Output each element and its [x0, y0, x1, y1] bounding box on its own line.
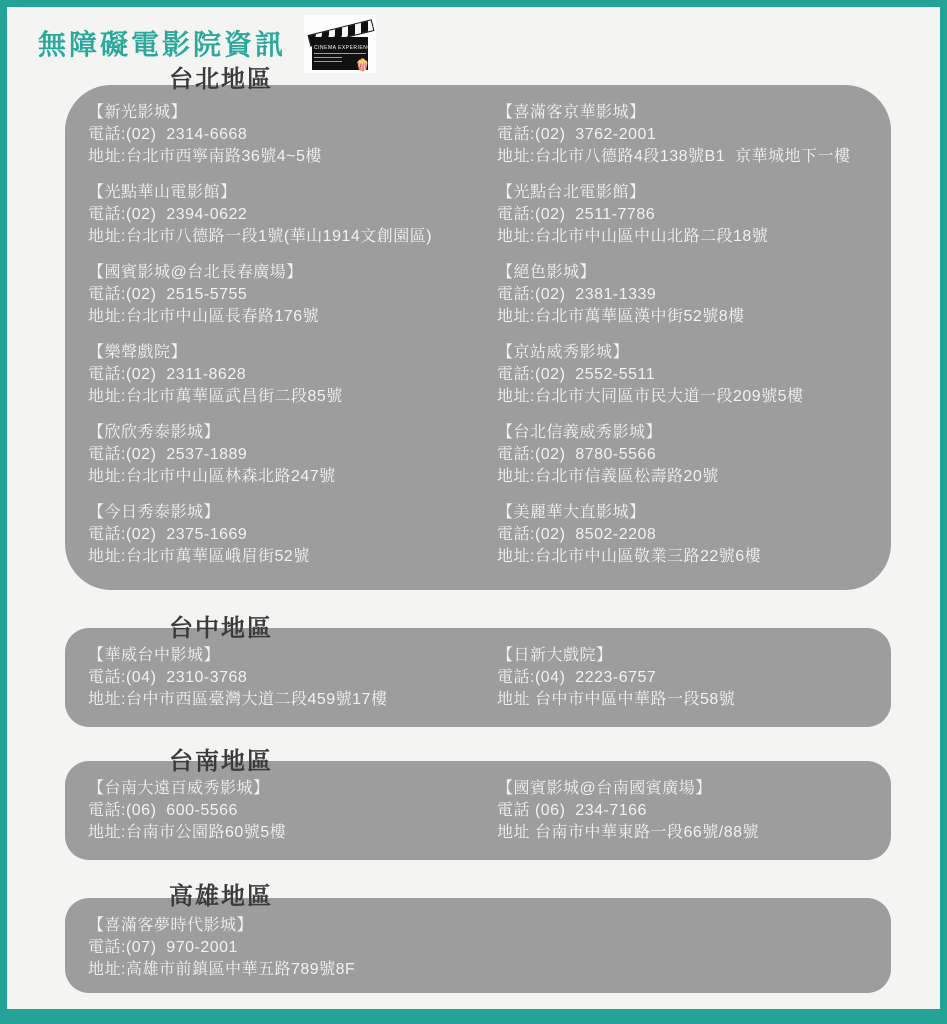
cinema-address: 地址 台中市中區中華路一段58號 — [497, 689, 881, 711]
cinema-address: 地址:台北市大同區市民大道一段209號5樓 — [497, 386, 881, 408]
cinema-name: 【樂聲戲院】 — [88, 342, 497, 364]
cinema-phone: 電話:(02) 2311-8628 — [88, 364, 497, 386]
section-heading-kaohsiung: 高雄地區 — [169, 876, 273, 911]
cinema-name: 【光點華山電影館】 — [88, 182, 497, 204]
section-heading-tainan: 台南地區 — [169, 741, 273, 776]
cinema-address: 地址:台北市八德路一段1號(華山1914文創園區) — [88, 226, 497, 248]
cinema-entry: 【光點台北電影館】 電話:(02) 2511-7786 地址:台北市中山區中山北… — [497, 182, 881, 248]
cinema-address: 地址:台北市萬華區武昌街二段85號 — [88, 386, 497, 408]
cinema-phone: 電話:(07) 970-2001 — [88, 937, 497, 959]
cinema-phone: 電話:(02) 2375-1669 — [88, 524, 497, 546]
cinema-phone: 電話:(02) 2515-5755 — [88, 284, 497, 306]
cinema-phone: 電話:(02) 8502-2208 — [497, 524, 881, 546]
cinema-address: 地址:台北市萬華區漢中街52號8樓 — [497, 306, 881, 328]
cinema-entry: 【京站威秀影城】 電話:(02) 2552-5511 地址:台北市大同區市民大道… — [497, 342, 881, 408]
cinema-name: 【光點台北電影館】 — [497, 182, 881, 204]
cinema-entry: 【華威台中影城】 電話:(04) 2310-3768 地址:台中市西區臺灣大道二… — [88, 645, 497, 711]
kaohsiung-column-2 — [497, 915, 881, 995]
cinema-name: 【絕色影城】 — [497, 262, 881, 284]
cinema-entry: 【日新大戲院】 電話:(04) 2223-6757 地址 台中市中區中華路一段5… — [497, 645, 881, 711]
logo-text: CINEMA EXPERIENCE — [312, 45, 368, 51]
cinema-entry: 【今日秀泰影城】 電話:(02) 2375-1669 地址:台北市萬華區峨眉街5… — [88, 502, 497, 568]
clapperboard-icon: CINEMA EXPERIENCE 🍿 — [304, 15, 376, 73]
cinema-address: 地址:高雄市前鎮區中華五路789號8F — [88, 959, 497, 981]
cinema-address: 地址:台北市西寧南路36號4~5樓 — [88, 146, 497, 168]
popcorn-icon: 🍿 — [355, 59, 370, 71]
cinema-name: 【國賓影城@台北長春廣場】 — [88, 262, 497, 284]
cinema-address: 地址:台北市中山區長春路176號 — [88, 306, 497, 328]
panel-kaohsiung: 【喜滿客夢時代影城】 電話:(07) 970-2001 地址:高雄市前鎮區中華五… — [65, 898, 891, 993]
cinema-address: 地址:台南市公園路60號5樓 — [88, 822, 497, 844]
section-heading-taichung: 台中地區 — [169, 608, 273, 643]
cinema-phone: 電話:(02) 2511-7786 — [497, 204, 881, 226]
cinema-name: 【華威台中影城】 — [88, 645, 497, 667]
cinema-name: 【日新大戲院】 — [497, 645, 881, 667]
cinema-entry: 【絕色影城】 電話:(02) 2381-1339 地址:台北市萬華區漢中街52號… — [497, 262, 881, 328]
cinema-entry: 【樂聲戲院】 電話:(02) 2311-8628 地址:台北市萬華區武昌街二段8… — [88, 342, 497, 408]
cinema-entry: 【台南大遠百威秀影城】 電話:(06) 600-5566 地址:台南市公園路60… — [88, 778, 497, 844]
cinema-name: 【喜滿客京華影城】 — [497, 102, 881, 124]
taipei-column-1: 【新光影城】 電話:(02) 2314-6668 地址:台北市西寧南路36號4~… — [88, 102, 497, 586]
cinema-address: 地址:台北市萬華區峨眉街52號 — [88, 546, 497, 568]
cinema-entry: 【台北信義威秀影城】 電話:(02) 8780-5566 地址:台北市信義區松壽… — [497, 422, 881, 488]
section-heading-taipei: 台北地區 — [169, 59, 273, 94]
cinema-name: 【台南大遠百威秀影城】 — [88, 778, 497, 800]
cinema-phone: 電話:(02) 2537-1889 — [88, 444, 497, 466]
cinema-entry: 【光點華山電影館】 電話:(02) 2394-0622 地址:台北市八德路一段1… — [88, 182, 497, 248]
cinema-address: 地址:台北市八德路4段138號B1 京華城地下一樓 — [497, 146, 881, 168]
cinema-name: 【國賓影城@台南國賓廣場】 — [497, 778, 881, 800]
cinema-name: 【美麗華大直影城】 — [497, 502, 881, 524]
cinema-address: 地址:台北市信義區松壽路20號 — [497, 466, 881, 488]
cinema-phone: 電話:(02) 2552-5511 — [497, 364, 881, 386]
cinema-address: 地址:台北市中山區中山北路二段18號 — [497, 226, 881, 248]
cinema-phone: 電話:(02) 2381-1339 — [497, 284, 881, 306]
cinema-name: 【欣欣秀泰影城】 — [88, 422, 497, 444]
cinema-phone: 電話:(04) 2310-3768 — [88, 667, 497, 689]
cinema-phone: 電話:(04) 2223-6757 — [497, 667, 881, 689]
taichung-column-1: 【華威台中影城】 電話:(04) 2310-3768 地址:台中市西區臺灣大道二… — [88, 645, 497, 725]
cinema-address: 地址:台北市中山區敬業三路22號6樓 — [497, 546, 881, 568]
taichung-column-2: 【日新大戲院】 電話:(04) 2223-6757 地址 台中市中區中華路一段5… — [497, 645, 881, 725]
cinema-phone: 電話:(02) 3762-2001 — [497, 124, 881, 146]
cinema-address: 地址:台中市西區臺灣大道二段459號17樓 — [88, 689, 497, 711]
cinema-name: 【喜滿客夢時代影城】 — [88, 915, 497, 937]
cinema-entry: 【欣欣秀泰影城】 電話:(02) 2537-1889 地址:台北市中山區林森北路… — [88, 422, 497, 488]
tainan-column-2: 【國賓影城@台南國賓廣場】 電話 (06) 234-7166 地址 台南市中華東… — [497, 778, 881, 858]
cinema-phone: 電話 (06) 234-7166 — [497, 800, 881, 822]
cinema-phone: 電話:(02) 8780-5566 — [497, 444, 881, 466]
kaohsiung-column-1: 【喜滿客夢時代影城】 電話:(07) 970-2001 地址:高雄市前鎮區中華五… — [88, 915, 497, 995]
cinema-entry: 【國賓影城@台北長春廣場】 電話:(02) 2515-5755 地址:台北市中山… — [88, 262, 497, 328]
cinema-name: 【台北信義威秀影城】 — [497, 422, 881, 444]
page: 無障礙電影院資訊 CINEMA EXPERIENCE 🍿 台北地區 【新光影城】… — [0, 0, 947, 1024]
cinema-entry: 【國賓影城@台南國賓廣場】 電話 (06) 234-7166 地址 台南市中華東… — [497, 778, 881, 844]
cinema-name: 【今日秀泰影城】 — [88, 502, 497, 524]
cinema-entry: 【新光影城】 電話:(02) 2314-6668 地址:台北市西寧南路36號4~… — [88, 102, 497, 168]
cinema-name: 【京站威秀影城】 — [497, 342, 881, 364]
cinema-phone: 電話:(06) 600-5566 — [88, 800, 497, 822]
cinema-entry: 【美麗華大直影城】 電話:(02) 8502-2208 地址:台北市中山區敬業三… — [497, 502, 881, 568]
cinema-address: 地址 台南市中華東路一段66號/88號 — [497, 822, 881, 844]
cinema-entry: 【喜滿客京華影城】 電話:(02) 3762-2001 地址:台北市八德路4段1… — [497, 102, 881, 168]
panel-taipei: 【新光影城】 電話:(02) 2314-6668 地址:台北市西寧南路36號4~… — [65, 85, 891, 590]
cinema-entry: 【喜滿客夢時代影城】 電話:(07) 970-2001 地址:高雄市前鎮區中華五… — [88, 915, 497, 981]
tainan-column-1: 【台南大遠百威秀影城】 電話:(06) 600-5566 地址:台南市公園路60… — [88, 778, 497, 858]
cinema-name: 【新光影城】 — [88, 102, 497, 124]
cinema-phone: 電話:(02) 2394-0622 — [88, 204, 497, 226]
taipei-column-2: 【喜滿客京華影城】 電話:(02) 3762-2001 地址:台北市八德路4段1… — [497, 102, 881, 586]
page-title: 無障礙電影院資訊 — [38, 23, 286, 63]
cinema-address: 地址:台北市中山區林森北路247號 — [88, 466, 497, 488]
cinema-phone: 電話:(02) 2314-6668 — [88, 124, 497, 146]
